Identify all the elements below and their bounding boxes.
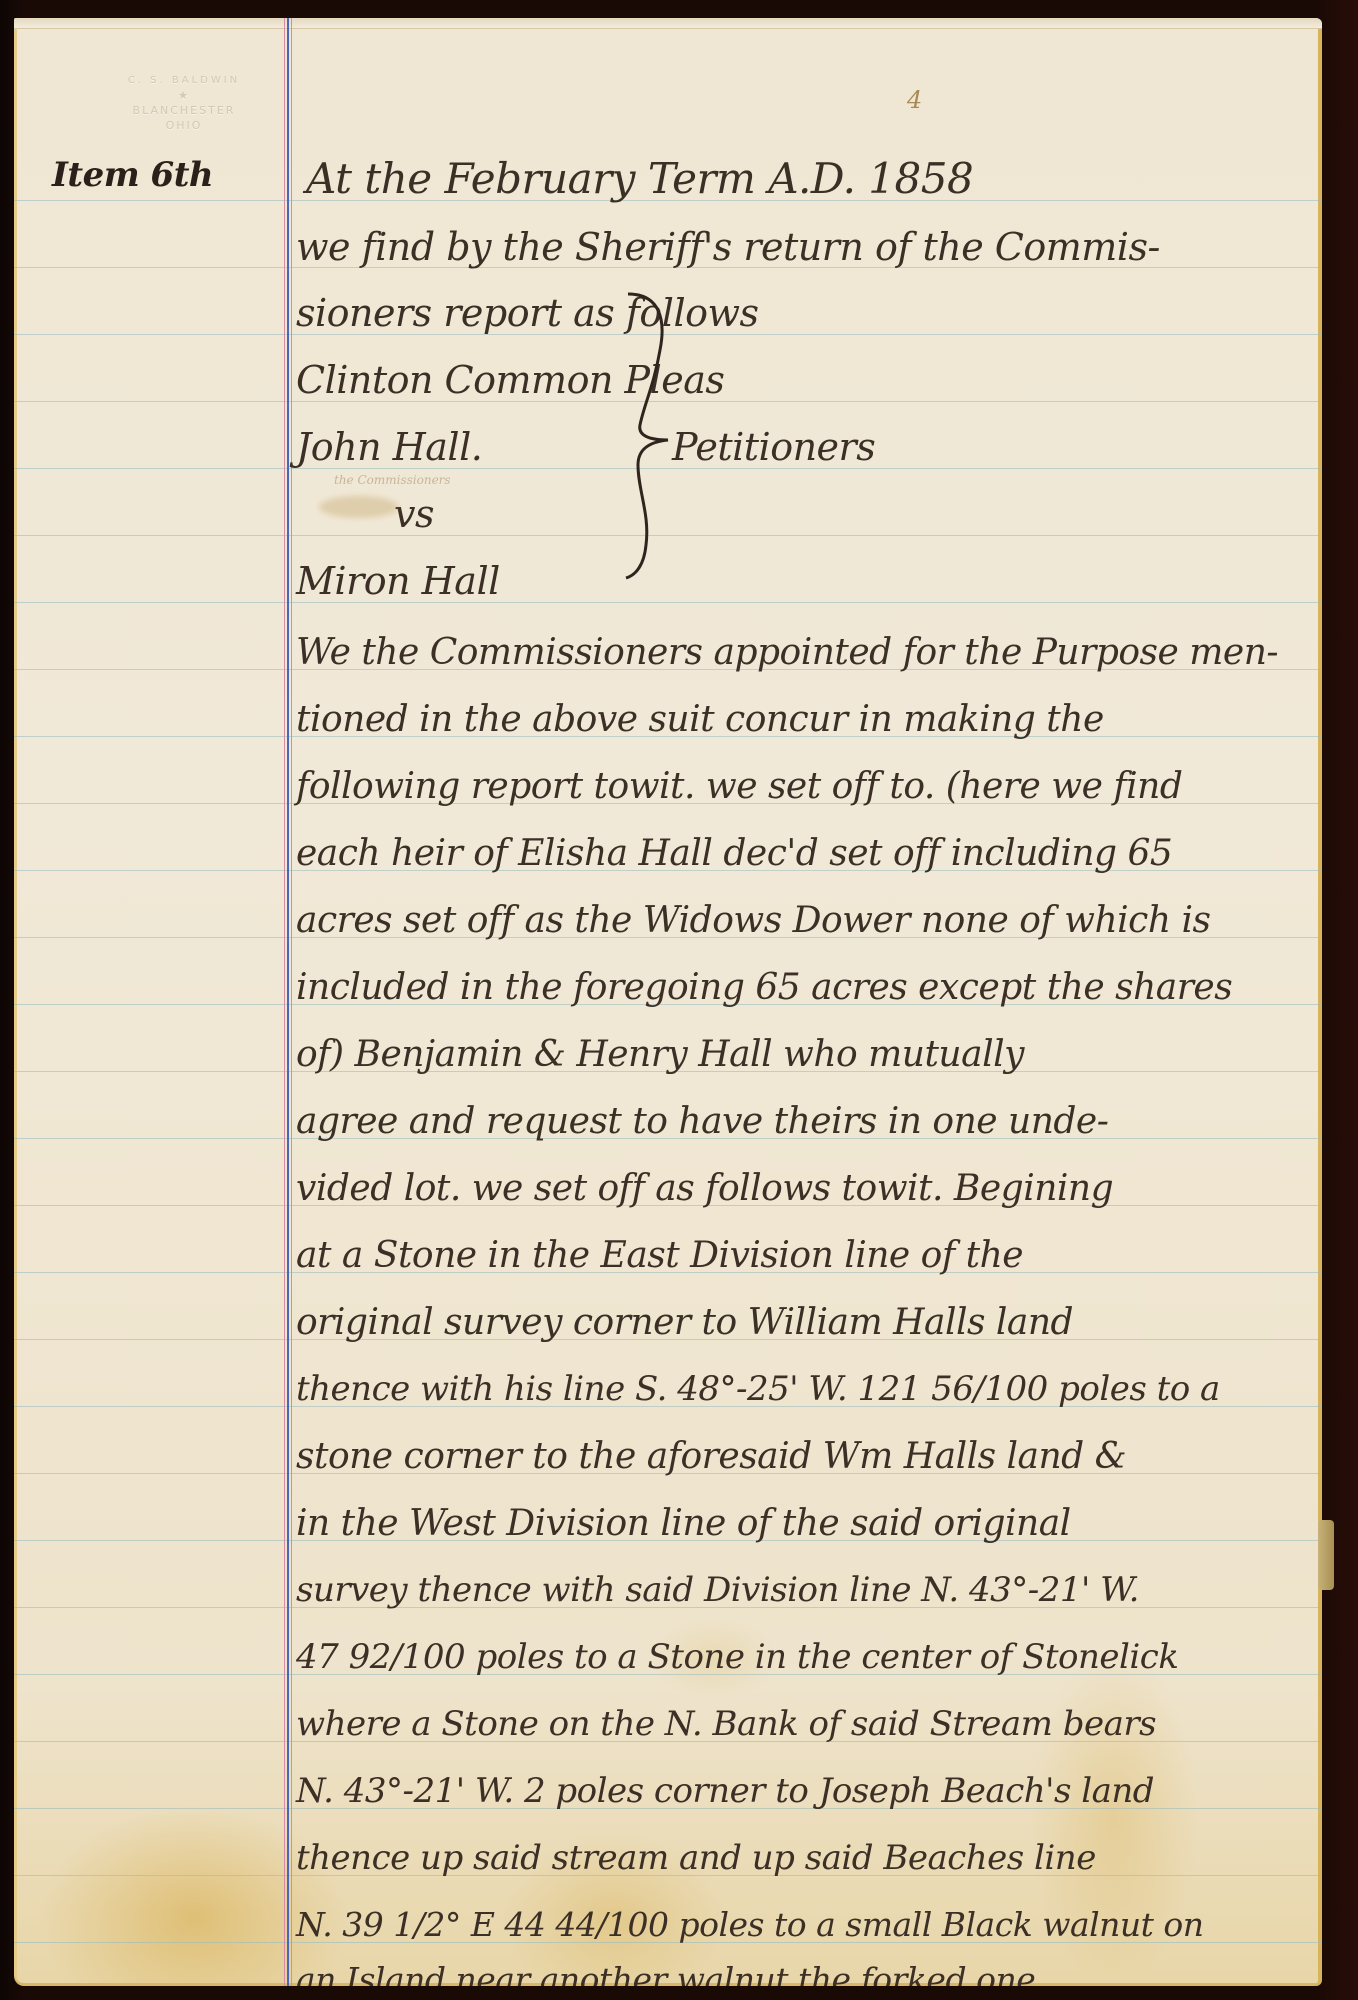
bracket-label: Petitioners bbox=[672, 428, 875, 466]
text-line-22: survey thence with said Division line N.… bbox=[296, 1573, 1139, 1607]
text-line-11: each heir of Elisha Hall dec'd set off i… bbox=[296, 836, 1172, 872]
text-line-18: original survey corner to William Halls … bbox=[296, 1305, 1073, 1341]
stamp-maker: C. S. BALDWIN bbox=[109, 73, 259, 88]
text-line-15: agree and request to have theirs in one … bbox=[296, 1104, 1108, 1140]
text-line-28: an Island near another walnut the forked… bbox=[296, 1963, 1035, 1986]
text-line-21: in the West Division line of the said or… bbox=[296, 1506, 1071, 1542]
stamp-state: OHIO bbox=[109, 118, 259, 133]
blind-stamp: C. S. BALDWIN ★ BLANCHESTER OHIO bbox=[109, 73, 259, 133]
page-number: 4 bbox=[907, 86, 922, 114]
page-edge-tab bbox=[1318, 1520, 1334, 1590]
text-line-6: vs bbox=[394, 495, 434, 533]
ledger-page: C. S. BALDWIN ★ BLANCHESTER OHIO 4 Item … bbox=[14, 18, 1322, 1986]
text-line-20: stone corner to the aforesaid Wm Halls l… bbox=[296, 1439, 1126, 1475]
text-line-14: of) Benjamin & Henry Hall who mutually bbox=[296, 1037, 1024, 1073]
text-line-8: We the Commissioners appointed for the P… bbox=[296, 635, 1278, 671]
text-line-26: thence up said stream and up said Beache… bbox=[296, 1841, 1096, 1875]
stamp-city: BLANCHESTER bbox=[109, 103, 259, 118]
text-line-5: John Hall. bbox=[296, 428, 482, 466]
faint-offset-text: the Commissioners bbox=[334, 473, 451, 487]
text-line-24: where a Stone on the N. Bank of said Str… bbox=[296, 1707, 1156, 1741]
page-top-fold bbox=[14, 18, 1322, 29]
text-line-7: Miron Hall bbox=[296, 562, 500, 600]
margin-line-blue bbox=[287, 18, 289, 1986]
text-line-10: following report towit. we set off to. (… bbox=[296, 769, 1182, 805]
margin-line-pink bbox=[291, 18, 292, 1986]
text-line-27: N. 39 1/2° E 44 44/100 poles to a small … bbox=[296, 1908, 1204, 1941]
text-line-23: 47 92/100 poles to a Stone in the center… bbox=[296, 1640, 1178, 1674]
text-line-1: At the February Term A.D. 1858 bbox=[306, 158, 973, 200]
stamp-star: ★ bbox=[109, 88, 259, 103]
text-line-9: tioned in the above suit concur in makin… bbox=[296, 702, 1104, 738]
text-line-16: vided lot. we set off as follows towit. … bbox=[296, 1171, 1113, 1207]
text-line-2: we find by the Sheriff's return of the C… bbox=[296, 228, 1160, 266]
text-line-25: N. 43°-21' W. 2 poles corner to Joseph B… bbox=[296, 1774, 1154, 1808]
margin-note: Item 6th bbox=[52, 158, 213, 192]
text-line-12: acres set off as the Widows Dower none o… bbox=[296, 903, 1210, 939]
ink-smudge bbox=[319, 496, 399, 518]
margin-line-pink bbox=[284, 18, 285, 1986]
rule-line bbox=[14, 602, 1322, 603]
text-line-17: at a Stone in the East Division line of … bbox=[296, 1238, 1023, 1274]
text-line-13: included in the foregoing 65 acres excep… bbox=[296, 970, 1232, 1006]
text-line-19: thence with his line S. 48°-25' W. 121 5… bbox=[296, 1372, 1220, 1406]
